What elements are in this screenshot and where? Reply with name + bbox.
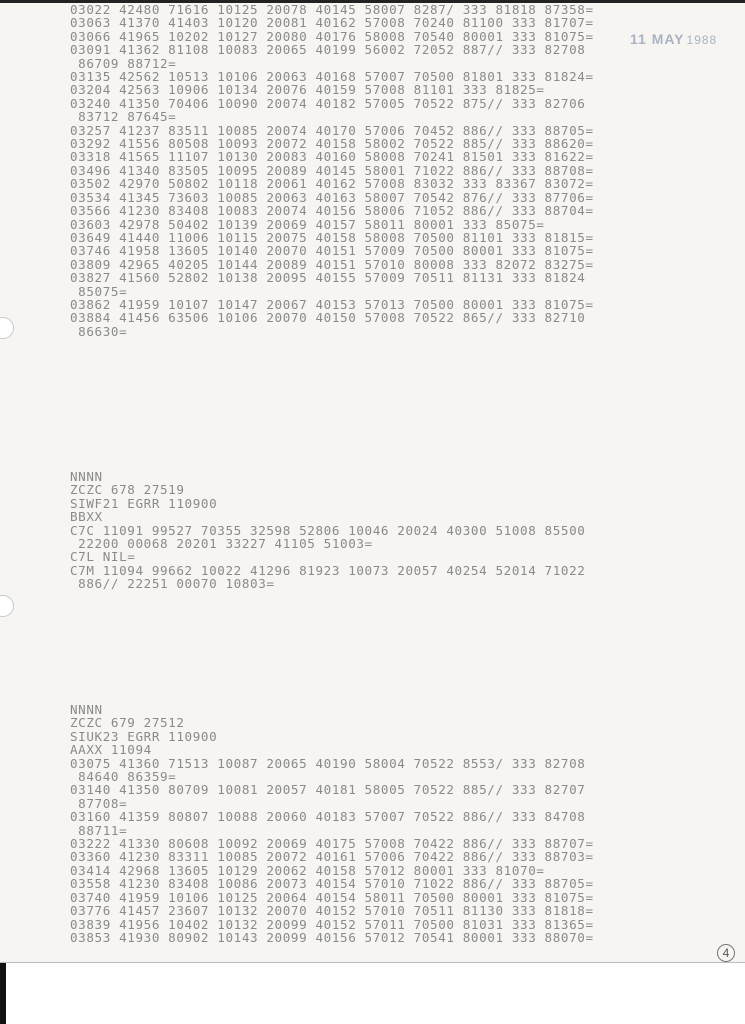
report-line: AAXX 11094 — [70, 743, 594, 756]
report-line: BBXX — [70, 510, 585, 523]
report-line: NNNN — [70, 470, 585, 483]
report-line: 86709 88712= — [70, 57, 594, 70]
report-line: 84640 86359= — [70, 770, 594, 783]
report-line: 03827 41560 52802 10138 20095 40155 5700… — [70, 271, 594, 284]
report-line: 22200 00068 20201 33227 41105 51003= — [70, 537, 585, 550]
report-line: 03884 41456 63506 10106 20070 40150 5700… — [70, 311, 594, 324]
report-line: 03160 41359 80807 10088 20060 40183 5700… — [70, 810, 594, 823]
report-line: C7C 11091 99527 70355 32598 52806 10046 … — [70, 524, 585, 537]
report-line: C7L NIL= — [70, 550, 585, 563]
report-line: 03204 42563 10906 10134 20076 40159 5700… — [70, 83, 594, 96]
report-line: 87708= — [70, 797, 594, 810]
report-line: 03566 41230 83408 10083 20074 40156 5800… — [70, 204, 594, 217]
report-line: 03534 41345 73603 10085 20063 40163 5800… — [70, 191, 594, 204]
report-line: 03135 42562 10513 10106 20063 40168 5700… — [70, 70, 594, 83]
report-line: 03360 41230 83311 10085 20072 40161 5700… — [70, 850, 594, 863]
report-line: 03222 41330 80608 10092 20069 40175 5700… — [70, 837, 594, 850]
report-line: SIUK23 EGRR 110900 — [70, 730, 594, 743]
report-line: 886// 22251 00070 10803= — [70, 577, 585, 590]
report-line: 03809 42965 40205 10144 20089 40151 5701… — [70, 258, 594, 271]
punch-hole — [0, 595, 14, 617]
report-line: 86630= — [70, 325, 594, 338]
report-line: 03292 41556 80508 10093 20072 40158 5800… — [70, 137, 594, 150]
date-stamp: 11 MAY1988 — [630, 31, 717, 47]
report-line: 03414 42968 13605 10129 20062 40158 5701… — [70, 864, 594, 877]
report-line: 03502 42970 50802 10118 20061 40162 5700… — [70, 177, 594, 190]
report-line: C7M 11094 99662 10022 41296 81923 10073 … — [70, 564, 585, 577]
page-number-circle: 4 — [717, 944, 735, 962]
report-line: 03862 41959 10107 10147 20067 40153 5701… — [70, 298, 594, 311]
report-line: 03776 41457 23607 10132 20070 40152 5701… — [70, 904, 594, 917]
scan-edge — [0, 963, 6, 1024]
report-line: 83712 87645= — [70, 110, 594, 123]
report-line: 03853 41930 80902 10143 20099 40156 5701… — [70, 931, 594, 944]
report-line: 03240 41350 70406 10090 20074 40182 5700… — [70, 97, 594, 110]
report-line: 03022 42480 71616 10125 20078 40145 5800… — [70, 3, 594, 16]
report-line: 03558 41230 83408 10086 20073 40154 5701… — [70, 877, 594, 890]
report-line: NNNN — [70, 703, 594, 716]
report-line: 88711= — [70, 824, 594, 837]
report-line: ZCZC 679 27512 — [70, 716, 594, 729]
date-stamp-date: 11 MAY — [630, 31, 685, 47]
report-line: 03075 41360 71513 10087 20065 40190 5800… — [70, 757, 594, 770]
report-line: 03091 41362 81108 10083 20065 40199 5600… — [70, 43, 594, 56]
scan-background — [0, 962, 745, 1024]
report-line: SIWF21 EGRR 110900 — [70, 497, 585, 510]
report-line: 03603 42978 50402 10139 20069 40157 5801… — [70, 218, 594, 231]
report-line: 03746 41958 13605 10140 20070 40151 5700… — [70, 244, 594, 257]
report-line: 85075= — [70, 285, 594, 298]
punch-hole — [0, 317, 14, 339]
synop-report-block-1: 03022 42480 71616 10125 20078 40145 5800… — [70, 3, 594, 338]
report-line: 03318 41565 11107 10130 20083 40160 5800… — [70, 150, 594, 163]
report-line: 03839 41956 10402 10132 20099 40152 5701… — [70, 918, 594, 931]
teleprinter-page: 11 MAY1988 03022 42480 71616 10125 20078… — [0, 0, 745, 962]
report-line: 03649 41440 11006 10115 20075 40158 5800… — [70, 231, 594, 244]
report-line: 03257 41237 83511 10085 20074 40170 5700… — [70, 124, 594, 137]
ship-report-block: NNNNZCZC 678 27519SIWF21 EGRR 110900BBXX… — [70, 470, 585, 591]
report-line: 03066 41965 10202 10127 20080 40176 5800… — [70, 30, 594, 43]
report-line: 03140 41350 80709 10081 20057 40181 5800… — [70, 783, 594, 796]
report-line: 03740 41959 10106 10125 20064 40154 5801… — [70, 891, 594, 904]
report-line: ZCZC 678 27519 — [70, 483, 585, 496]
report-line: 03496 41340 83505 10095 20089 40145 5800… — [70, 164, 594, 177]
synop-report-block-2: NNNNZCZC 679 27512SIUK23 EGRR 110900AAXX… — [70, 703, 594, 944]
report-line: 03063 41370 41403 10120 20081 40162 5700… — [70, 16, 594, 29]
date-stamp-year: 1988 — [687, 33, 718, 47]
